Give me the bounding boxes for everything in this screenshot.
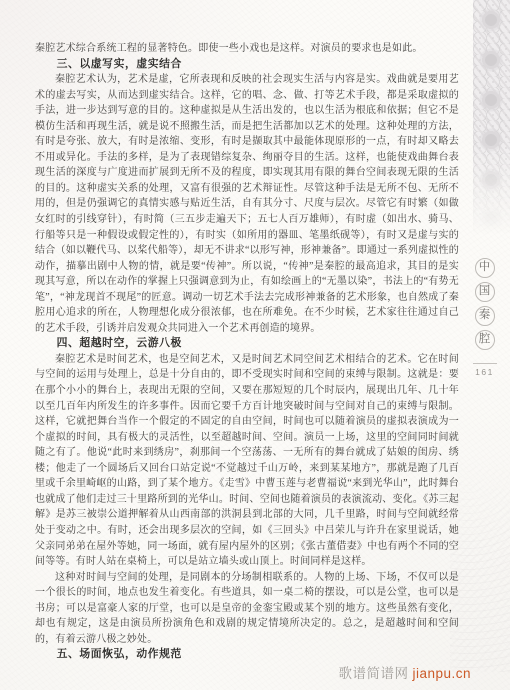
page-text-block: 秦腔艺术综合系统工程的显著特色。即使一些小戏也是这样。对演员的要求也是如此。三、…: [35, 41, 459, 663]
side-title-char: 秦: [475, 306, 495, 326]
decorative-lace-border-icon: [473, 0, 510, 250]
section-heading: 三、以虚写实，虚实结合: [35, 57, 459, 73]
watermark: 歌谱简谱网jianpu.cn: [338, 662, 471, 682]
page-number: 161: [475, 367, 494, 377]
section-heading: 五、场面恢弘，动作规范: [35, 647, 459, 663]
side-title-char: 国: [475, 282, 495, 302]
body-paragraph: 这种对时间与空间的处理，是同剧本的分场制相联系的。人物的上场、下场，不仅可以是一…: [35, 570, 459, 648]
page-number-rule: [473, 363, 497, 364]
decorative-lace-border-faint-icon: [450, 442, 510, 672]
section-heading: 四、超越时空，云游八极: [35, 336, 459, 352]
book-side-title: 中 国 秦 腔 161: [474, 258, 495, 377]
body-paragraph: 秦腔艺术综合系统工程的显著特色。即使一些小戏也是这样。对演员的要求也是如此。: [35, 41, 459, 57]
body-paragraph: 秦腔艺术认为，艺术是虚，它所表现和反映的社会现实生活与内容是实。戏曲就是要用艺术…: [35, 72, 459, 336]
watermark-site-name: 歌谱简谱网: [338, 666, 408, 681]
scanned-book-page: { "colors": { "paper": "#fcfbf8", "ink":…: [0, 0, 510, 690]
watermark-domain: jianpu.cn: [412, 666, 471, 681]
body-paragraph: 秦腔艺术是时间艺术，也是空间艺术，又是时间艺术同空间艺术相结合的艺术。它在时间与…: [35, 352, 459, 570]
side-title-char: 中: [475, 258, 495, 278]
side-title-char: 腔: [475, 330, 495, 350]
